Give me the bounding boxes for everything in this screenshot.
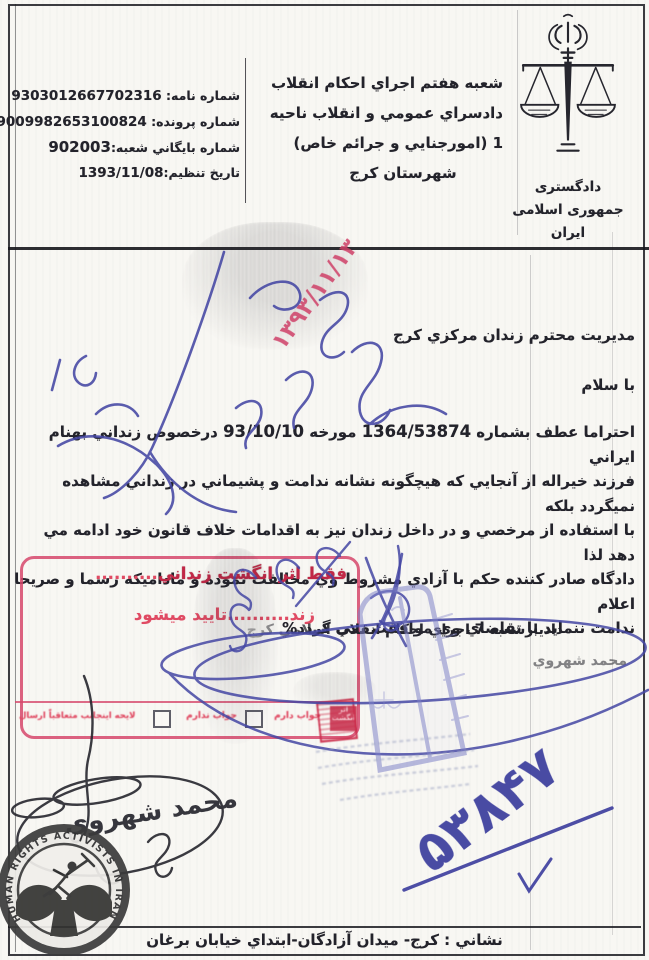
stamp-row-checkbox-a — [245, 710, 263, 728]
case-number-label: شماره پرونده: — [151, 114, 240, 129]
blue-checkmark — [519, 859, 551, 891]
archive-number-row: شماره بايگاني شعبه:902003 — [12, 135, 240, 160]
stamp-checkbox-row: اثر انگشت جواب دارم جواب ندارم لايحه اين… — [15, 701, 359, 736]
office-line-1: شعبه هفتم اجراي احكام انقلاب — [243, 68, 503, 98]
body-line-1: احتراما عطف بشماره 1364/53874 مورخه 93/1… — [13, 420, 635, 469]
fingerprint-stamp-box: فقط اثر انگشت زنداني.......... زند......… — [20, 556, 360, 739]
fingerprint-stamp-line-1: فقط اثر انگشت زنداني.......... — [95, 564, 347, 583]
blue-handwritten-number: ۵۳۸۴۷ — [402, 735, 612, 891]
org-line-1: دادگستری — [512, 176, 624, 199]
toner-smudge-top — [182, 222, 368, 350]
blue-number-text: ۵۳۸۴۷ — [402, 735, 572, 885]
org-line-3: ایران — [512, 222, 624, 245]
oval-signature-name: محمد شهروی — [62, 784, 240, 841]
body-line-1-text2: مورخه — [304, 423, 362, 441]
dadyar-title-line: داديارشعبه 7 اجراي احكام انقلاب اسلامي ك… — [247, 622, 563, 638]
watermark-arc-text: HUMAN RIGHTS ACTIVISTS IN IRAN — [4, 831, 124, 924]
org-line-2: جمهوری اسلامی — [512, 199, 624, 222]
issue-date-value: 1393/11/08 — [78, 165, 163, 181]
letter-meta-block: شماره نامه: 9303012667702316 شماره پروند… — [12, 83, 240, 186]
reference-date: 93/10/10 — [223, 422, 304, 441]
office-line-3: 1 (امورجنايي و جرائم خاص) — [243, 128, 503, 158]
triangle-stamp-scales-icon — [372, 692, 400, 708]
watermark-inner-circle — [18, 844, 110, 936]
issuing-office-block: شعبه هفتم اجراي احكام انقلاب دادسراي عمو… — [243, 68, 503, 188]
archive-number-label: شماره بايگاني شعبه: — [111, 140, 240, 155]
red-received-date: ۱۳۹۳/۱۱/۱۳ — [267, 235, 364, 355]
case-number-value: 9009982653100824 — [0, 114, 147, 130]
dadyar-name-line: محمد شهروي — [533, 653, 627, 669]
addressee-line: مديريت محترم زندان مركزي كرج — [393, 326, 635, 344]
office-line-4: شهرستان كرج — [243, 158, 503, 188]
footer-address: نشاني : كرج- ميدان آزادگان-ابتداي خيابان… — [0, 931, 649, 949]
judiciary-scales-emblem-icon — [512, 12, 624, 172]
letter-number-value: 9303012667702316 — [11, 88, 161, 104]
letter-number-row: شماره نامه: 9303012667702316 — [12, 83, 240, 109]
letter-number-label: شماره نامه: — [166, 88, 240, 103]
red-stamp-fragment — [316, 698, 358, 743]
case-number-row: شماره پرونده: 9009982653100824 — [12, 109, 240, 135]
blue-number-underline — [404, 808, 612, 890]
watermark-arc-label: HUMAN RIGHTS ACTIVISTS IN IRAN — [4, 831, 124, 924]
body-line-1-text: احتراما عطف بشماره — [471, 423, 635, 441]
header-separator-rule — [8, 247, 649, 250]
dots-leader-1: .......... — [95, 564, 158, 583]
footer-separator-rule — [8, 926, 641, 928]
salutation-line: با سلام — [581, 376, 635, 394]
scanned-letter-page: دادگستری جمهوری اسلامی ایران شعبه هفتم ا… — [0, 0, 649, 960]
stamp-row-left-text: لايحه اينجانب متعاقباً ارسال — [19, 711, 135, 721]
red-received-date-text: ۱۳۹۳/۱۱/۱۳ — [267, 235, 364, 355]
stamp-line2-end: تاييد ميشود — [134, 605, 227, 624]
watermark-petals — [16, 885, 112, 936]
faded-stamp-text — [316, 734, 478, 800]
body-line-2: فرزند خيراله از آنجايي كه هيچگونه نشانه … — [13, 469, 635, 518]
issue-date-row: تاريخ تنظيم:1393/11/08 — [12, 160, 240, 186]
issue-date-label: تاريخ تنظيم: — [163, 165, 240, 180]
watermark-runner-icon — [44, 854, 94, 896]
office-line-2: دادسراي عمومي و انقلاب ناحيه — [243, 98, 503, 128]
stamp-row-checkbox-b — [153, 710, 171, 728]
reference-number: 1364/53874 — [362, 422, 471, 441]
fingerprint-stamp-word-only: فقط اثر انگشت زنداني — [158, 564, 347, 583]
archive-number-value: 902003 — [48, 138, 111, 156]
stamp-row-option-b: جواب ندارم — [186, 711, 237, 721]
org-name-block: دادگستری جمهوری اسلامی ایران — [512, 176, 624, 245]
stamp-row-option-a: جواب دارم — [274, 711, 321, 721]
